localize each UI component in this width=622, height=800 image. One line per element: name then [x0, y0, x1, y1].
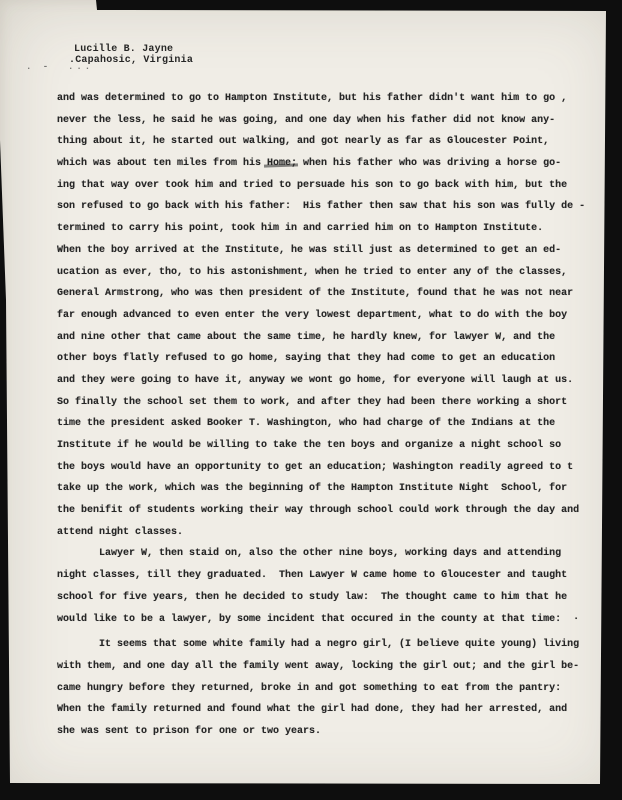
- text-line: When the family returned and found what …: [57, 699, 609, 721]
- text-line: termined to carry his point, took him in…: [57, 218, 609, 240]
- text-line: would like to be a lawyer, by some incid…: [57, 609, 609, 631]
- text-line: ucation as ever, tho, to his astonishmen…: [57, 262, 609, 284]
- author-name: Lucille B. Jayne: [74, 44, 193, 55]
- text-line: which was about ten miles from his Home;…: [57, 153, 609, 175]
- scanned-document: Lucille B. Jayne .Capahosic, Virginia . …: [0, 0, 622, 800]
- text-line: and they were going to have it, anyway w…: [57, 370, 609, 392]
- text-line: attend night classes.: [57, 522, 609, 544]
- text-line: night classes, till they graduated. Then…: [57, 565, 609, 587]
- document-body: and was determined to go to Hampton Inst…: [57, 88, 609, 743]
- text-line: When the boy arrived at the Institute, h…: [57, 240, 609, 262]
- text-line: far enough advanced to even enter the ve…: [57, 305, 609, 327]
- margin-stray-marks: . - ...: [26, 62, 93, 72]
- paragraph: It seems that some white family had a ne…: [57, 634, 609, 742]
- text-line: school for five years, then he decided t…: [57, 587, 609, 609]
- text-line: she was sent to prison for one or two ye…: [57, 721, 609, 743]
- text-line: Lawyer W, then staid on, also the other …: [57, 543, 609, 565]
- text-line: General Armstrong, who was then presiden…: [57, 283, 609, 305]
- text-line: never the less, he said he was going, an…: [57, 110, 609, 132]
- text-line: and was determined to go to Hampton Inst…: [57, 88, 609, 110]
- text-line: take up the work, which was the beginnin…: [57, 478, 609, 500]
- paragraph: Lawyer W, then staid on, also the other …: [57, 543, 609, 630]
- text-line: ing that way over took him and tried to …: [57, 175, 609, 197]
- text-line: came hungry before they returned, broke …: [57, 678, 609, 700]
- text-line: Institute if he would be willing to take…: [57, 435, 609, 457]
- text-line: other boys flatly refused to go home, sa…: [57, 348, 609, 370]
- text-line: with them, and one day all the family we…: [57, 656, 609, 678]
- text-line: thing about it, he started out walking, …: [57, 131, 609, 153]
- text-line: and nine other that came about the same …: [57, 327, 609, 349]
- text-line: It seems that some white family had a ne…: [57, 634, 609, 656]
- text-line: the benifit of students working their wa…: [57, 500, 609, 522]
- text-line: the boys would have an opportunity to ge…: [57, 457, 609, 479]
- text-line: time the president asked Booker T. Washi…: [57, 413, 609, 435]
- text-line: son refused to go back with his father: …: [57, 196, 609, 218]
- text-line: So finally the school set them to work, …: [57, 392, 609, 414]
- document-page: Lucille B. Jayne .Capahosic, Virginia . …: [0, 0, 622, 800]
- paragraph: and was determined to go to Hampton Inst…: [57, 88, 609, 543]
